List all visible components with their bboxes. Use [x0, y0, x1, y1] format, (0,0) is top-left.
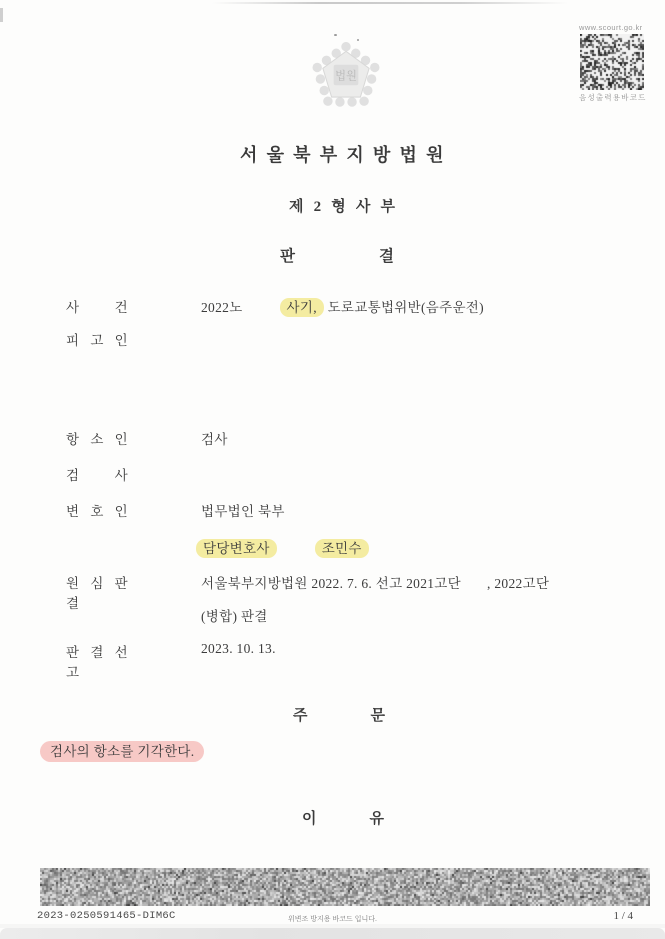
lower-court-value: 서울북부지방법원 2022. 7. 6. 선고 2021고단, 2022고단: [201, 572, 549, 592]
redacted-gap: [461, 587, 487, 588]
field-row-prosecutor: 검 사: [0, 464, 665, 486]
qr-caption-label: 음성출력용바코드: [579, 92, 647, 103]
case-number: 2022노: [201, 300, 243, 315]
field-row-lower-court: 원 심 판 결 서울북부지방법원 2022. 7. 6. 선고 2021고단, …: [0, 572, 665, 594]
assigned-counsel-name: 조민수: [315, 539, 369, 558]
field-row-case: 사 건 2022노사기, 도로교통법위반(음주운전): [0, 296, 665, 318]
scan-speck: [334, 34, 337, 36]
appellant-label: 항 소 인: [66, 428, 128, 448]
court-seal: 법원: [309, 42, 383, 110]
reason-heading: 이 유: [302, 807, 384, 828]
field-row-appellant: 항 소 인 검사: [0, 428, 665, 450]
sentencing-label: 판 결 선 고: [66, 641, 128, 681]
defendant-label: 피 고 인: [66, 329, 128, 349]
page-indicator: 1 / 4: [613, 910, 633, 922]
counsel-value: 법무법인 북부: [201, 500, 285, 520]
scan-artifact-bottom-edge: [0, 928, 665, 939]
assigned-counsel-value: 담당변호사조민수: [196, 537, 369, 557]
field-row-assigned-counsel: 담당변호사조민수: [0, 537, 665, 559]
charge-rest: 도로교통법위반(음주운전): [328, 300, 484, 315]
appellant-value: 검사: [201, 428, 228, 448]
scourt-url-label: www.scourt.go.kr: [579, 23, 643, 32]
redacted-gap: [277, 552, 315, 553]
redacted-gap: [243, 311, 280, 312]
scan-speck: [357, 39, 359, 41]
order-text-highlighted: 검사의 항소를 기각한다.: [40, 741, 204, 762]
division-title: 제 2 형 사 부: [289, 195, 395, 216]
prosecutor-label: 검 사: [66, 464, 128, 484]
court-name-title: 서 울 북 부 지 방 법 원: [240, 141, 444, 167]
lower-court-part1: 서울북부지방법원 2022. 7. 6. 선고 2021고단: [201, 576, 461, 591]
scan-artifact-left-tick: [0, 8, 3, 22]
voice-output-qr-code: [580, 34, 644, 90]
seal-text: 법원: [335, 69, 357, 83]
sentencing-date: 2023. 10. 13.: [201, 641, 276, 657]
field-row-defendant: 피 고 인: [0, 329, 665, 351]
document-title: 판 결: [280, 244, 394, 266]
order-text-line: 검사의 항소를 기각한다.: [40, 740, 204, 760]
field-row-counsel: 변 호 인 법무법인 북부: [0, 500, 665, 522]
case-label: 사 건: [66, 296, 128, 316]
assigned-counsel-title: 담당변호사: [196, 539, 277, 558]
anti-forgery-barcode-strip: [40, 868, 650, 906]
counsel-label: 변 호 인: [66, 500, 128, 520]
lower-court-line2: (병합) 판결: [201, 605, 268, 625]
footer-notice: 위변조 방지용 바코드 입니다.: [0, 914, 665, 924]
order-heading: 주 문: [293, 704, 385, 725]
judgment-document-page: 법원 www.scourt.go.kr 음성출력용바코드 서 울 북 부 지 방…: [0, 0, 665, 939]
field-row-sentencing: 판 결 선 고 2023. 10. 13.: [0, 641, 665, 663]
lower-court-part2: , 2022고단: [487, 576, 549, 591]
charge-highlighted: 사기,: [280, 298, 324, 317]
case-value: 2022노사기, 도로교통법위반(음주운전): [201, 296, 484, 316]
scan-artifact-top-line: [212, 2, 568, 4]
field-row-lower-court-line2: (병합) 판결: [0, 605, 665, 627]
